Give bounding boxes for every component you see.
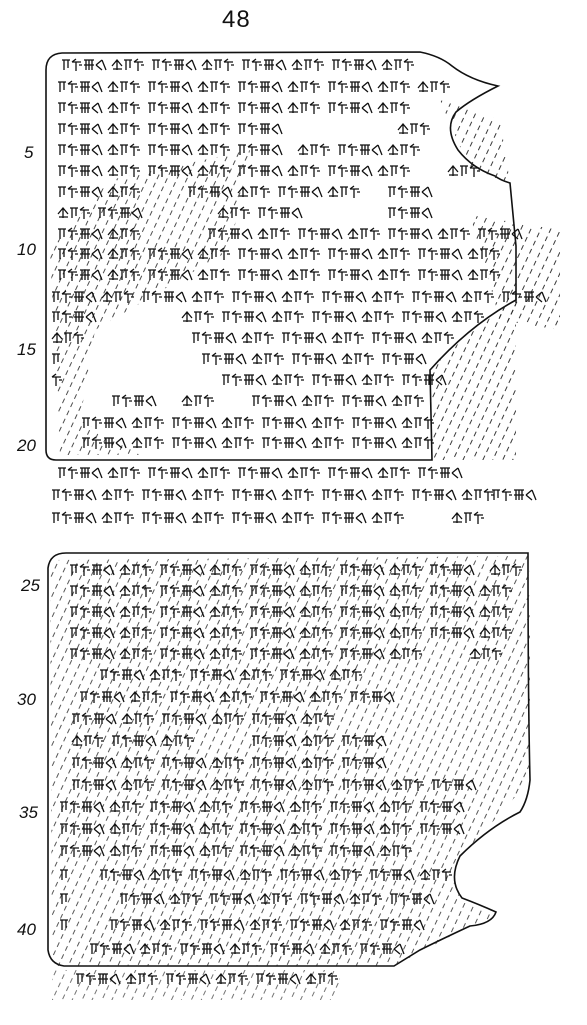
obverse-edge-lines <box>52 467 536 524</box>
tablet-drawing <box>0 0 587 1025</box>
